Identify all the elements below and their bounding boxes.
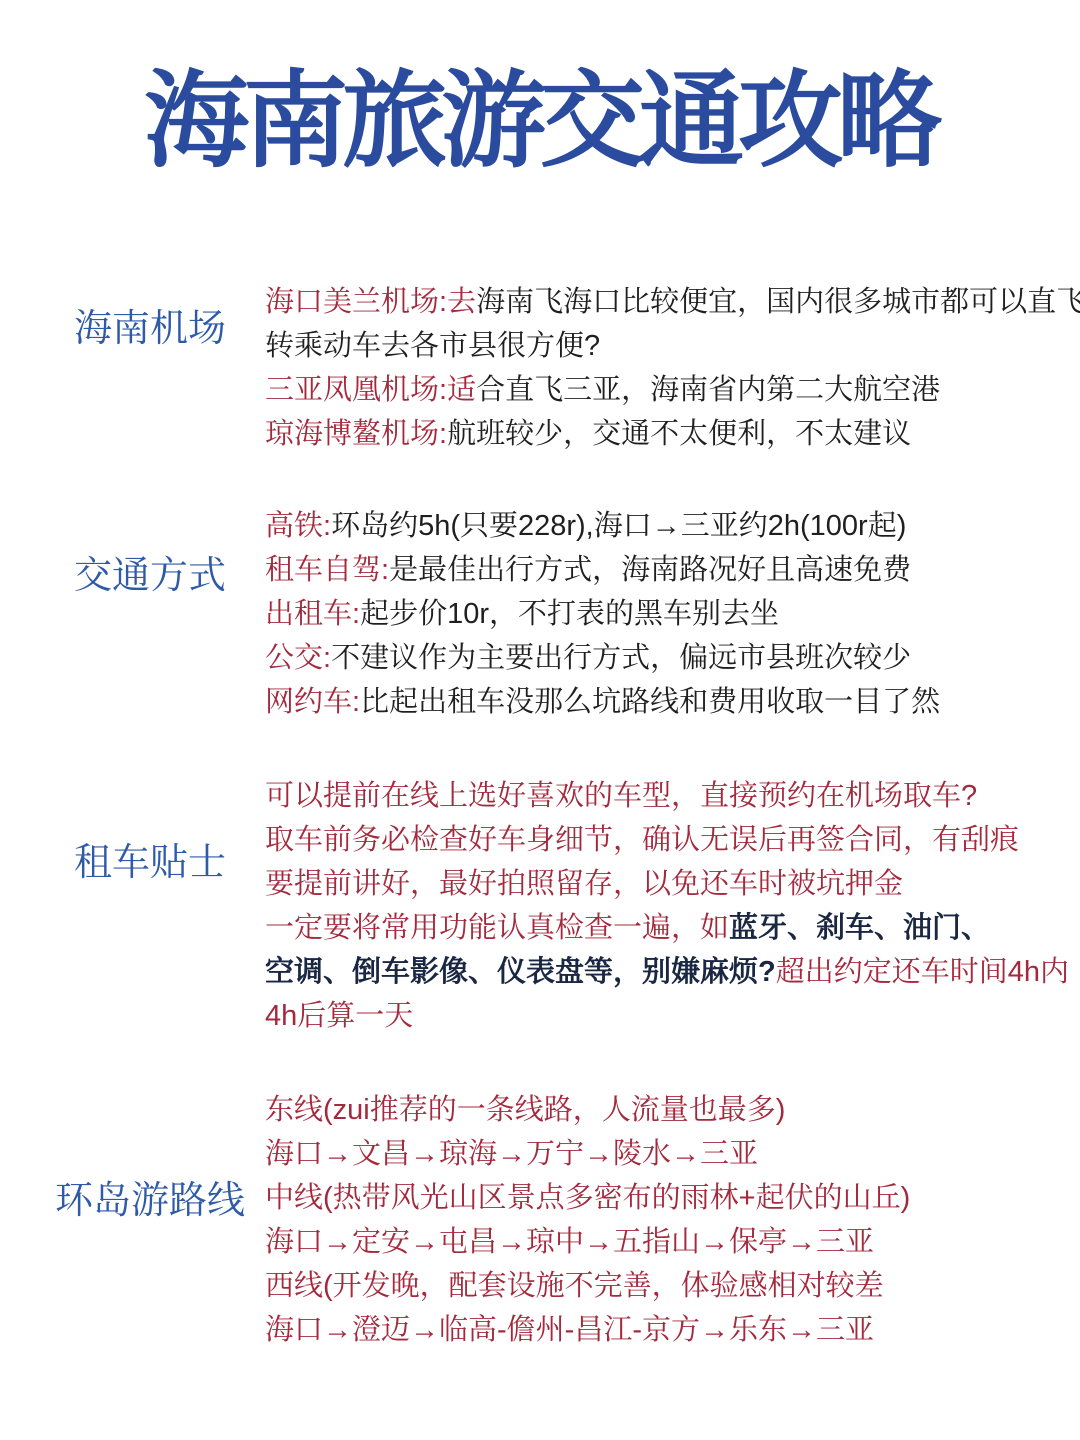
section-header: 交通方式 — [40, 552, 260, 600]
text-segment: 环岛约5h(只要228r),海口→三亚约2h(100r起) — [331, 510, 906, 542]
text-segment: 比起出租车没那么坑路线和费用收取一目了然 — [360, 686, 940, 718]
text-line: 可以提前在线上选好喜欢的车型，直接预约在机场取车? — [265, 774, 1080, 818]
section-header: 环岛游路线 — [40, 1177, 260, 1225]
text-segment: 公交: — [265, 642, 331, 674]
text-line: 空调、倒车影像、仪表盘等，别嫌麻烦?超出约定还车时间4h内 — [265, 950, 1080, 994]
text-line: 海口→定安→屯昌→琼中→五指山→保亭→三亚 — [265, 1220, 1080, 1264]
text-segment: 租车自驾: — [265, 554, 389, 586]
text-segment: 合直飞三亚，海南省内第二大航空港 — [476, 374, 940, 406]
text-segment: 海口→澄迈→临高-儋州-昌江-京方→乐东→三亚 — [265, 1314, 874, 1346]
section-content: 高铁:环岛约5h(只要228r),海口→三亚约2h(100r起)租车自驾:是最佳… — [265, 504, 1080, 724]
text-segment: 东线(zui推荐的一条线路，人流量也最多) — [265, 1094, 785, 1126]
text-segment: 取车前务必检查好车身细节，确认无误后再签合同，有刮痕 — [265, 824, 1019, 856]
text-segment: 空调、倒车影像、仪表盘等，别嫌麻烦? — [265, 956, 776, 988]
text-line: 要提前讲好，最好拍照留存，以免还车时被坑押金 — [265, 862, 1080, 906]
section-content: 东线(zui推荐的一条线路，人流量也最多)海口→文昌→琼海→万宁→陵水→三亚中线… — [265, 1088, 1080, 1352]
text-line: 一定要将常用功能认真检查一遍，如蓝牙、刹车、油门、 — [265, 906, 1080, 950]
text-segment: 可以提前在线上选好喜欢的车型，直接预约在机场取车? — [265, 780, 977, 812]
sections: 海南机场海口美兰机场:去海南飞海口比较便宜，国内很多城市都可以直飞转乘动车去各市… — [0, 0, 1080, 1440]
text-line: 公交:不建议作为主要出行方式，偏远市县班次较少 — [265, 636, 1080, 680]
text-segment: 出租车: — [265, 598, 360, 630]
text-segment: 三亚凤凰机场:适 — [265, 374, 476, 406]
text-segment: 超出约定还车时间4h内 — [776, 956, 1069, 988]
text-line: 海口美兰机场:去海南飞海口比较便宜，国内很多城市都可以直飞 — [265, 280, 1080, 324]
text-line: 东线(zui推荐的一条线路，人流量也最多) — [265, 1088, 1080, 1132]
text-segment: 海口→文昌→琼海→万宁→陵水→三亚 — [265, 1138, 758, 1170]
text-segment: 航班较少，交通不太便利，不太建议 — [447, 418, 911, 450]
text-segment: 不建议作为主要出行方式，偏远市县班次较少 — [331, 642, 911, 674]
text-line: 中线(热带风光山区景点多密布的雨林+起伏的山丘) — [265, 1176, 1080, 1220]
text-segment: 西线(开发晚，配套设施不完善，体验感相对较差 — [265, 1270, 884, 1302]
text-line: 西线(开发晚，配套设施不完善，体验感相对较差 — [265, 1264, 1080, 1308]
text-line: 海口→澄迈→临高-儋州-昌江-京方→乐东→三亚 — [265, 1308, 1080, 1352]
text-line: 取车前务必检查好车身细节，确认无误后再签合同，有刮痕 — [265, 818, 1080, 862]
text-segment: 起步价10r，不打表的黑车别去坐 — [360, 598, 779, 630]
text-segment: 高铁: — [265, 510, 331, 542]
text-line: 出租车:起步价10r，不打表的黑车别去坐 — [265, 592, 1080, 636]
text-line: 三亚凤凰机场:适合直飞三亚，海南省内第二大航空港 — [265, 368, 1080, 412]
text-segment: 一定要将常用功能认真检查一遍，如 — [265, 912, 729, 944]
text-segment: 琼海博鳌机场: — [265, 418, 447, 450]
text-line: 租车自驾:是最佳出行方式，海南路况好且高速免费 — [265, 548, 1080, 592]
text-segment: 海口→定安→屯昌→琼中→五指山→保亭→三亚 — [265, 1226, 874, 1258]
text-line: 高铁:环岛约5h(只要228r),海口→三亚约2h(100r起) — [265, 504, 1080, 548]
text-line: 转乘动车去各市县很方便? — [265, 324, 1080, 368]
text-segment: 要提前讲好，最好拍照留存，以免还车时被坑押金 — [265, 868, 903, 900]
text-segment: 转乘动车去各市县很方便? — [265, 330, 600, 362]
text-segment: 4h后算一天 — [265, 1000, 413, 1032]
text-line: 网约车:比起出租车没那么坑路线和费用收取一目了然 — [265, 680, 1080, 724]
page: 海南旅游交通攻略 海南机场海口美兰机场:去海南飞海口比较便宜，国内很多城市都可以… — [0, 0, 1080, 1440]
text-segment: 网约车: — [265, 686, 360, 718]
section-content: 海口美兰机场:去海南飞海口比较便宜，国内很多城市都可以直飞转乘动车去各市县很方便… — [265, 280, 1080, 456]
text-line: 4h后算一天 — [265, 994, 1080, 1038]
text-line: 琼海博鳌机场:航班较少，交通不太便利，不太建议 — [265, 412, 1080, 456]
text-segment: 中线(热带风光山区景点多密布的雨林+起伏的山丘) — [265, 1182, 910, 1214]
text-segment: 海南飞海口比较便宜，国内很多城市都可以直飞 — [476, 286, 1080, 318]
text-segment: 海口美兰机场:去 — [265, 286, 476, 318]
section-header: 海南机场 — [40, 305, 260, 353]
text-segment: 蓝牙、刹车、油门、 — [729, 912, 990, 944]
section-header: 租车贴士 — [40, 839, 260, 887]
section-content: 可以提前在线上选好喜欢的车型，直接预约在机场取车?取车前务必检查好车身细节，确认… — [265, 774, 1080, 1038]
text-segment: 是最佳出行方式，海南路况好且高速免费 — [389, 554, 911, 586]
text-line: 海口→文昌→琼海→万宁→陵水→三亚 — [265, 1132, 1080, 1176]
